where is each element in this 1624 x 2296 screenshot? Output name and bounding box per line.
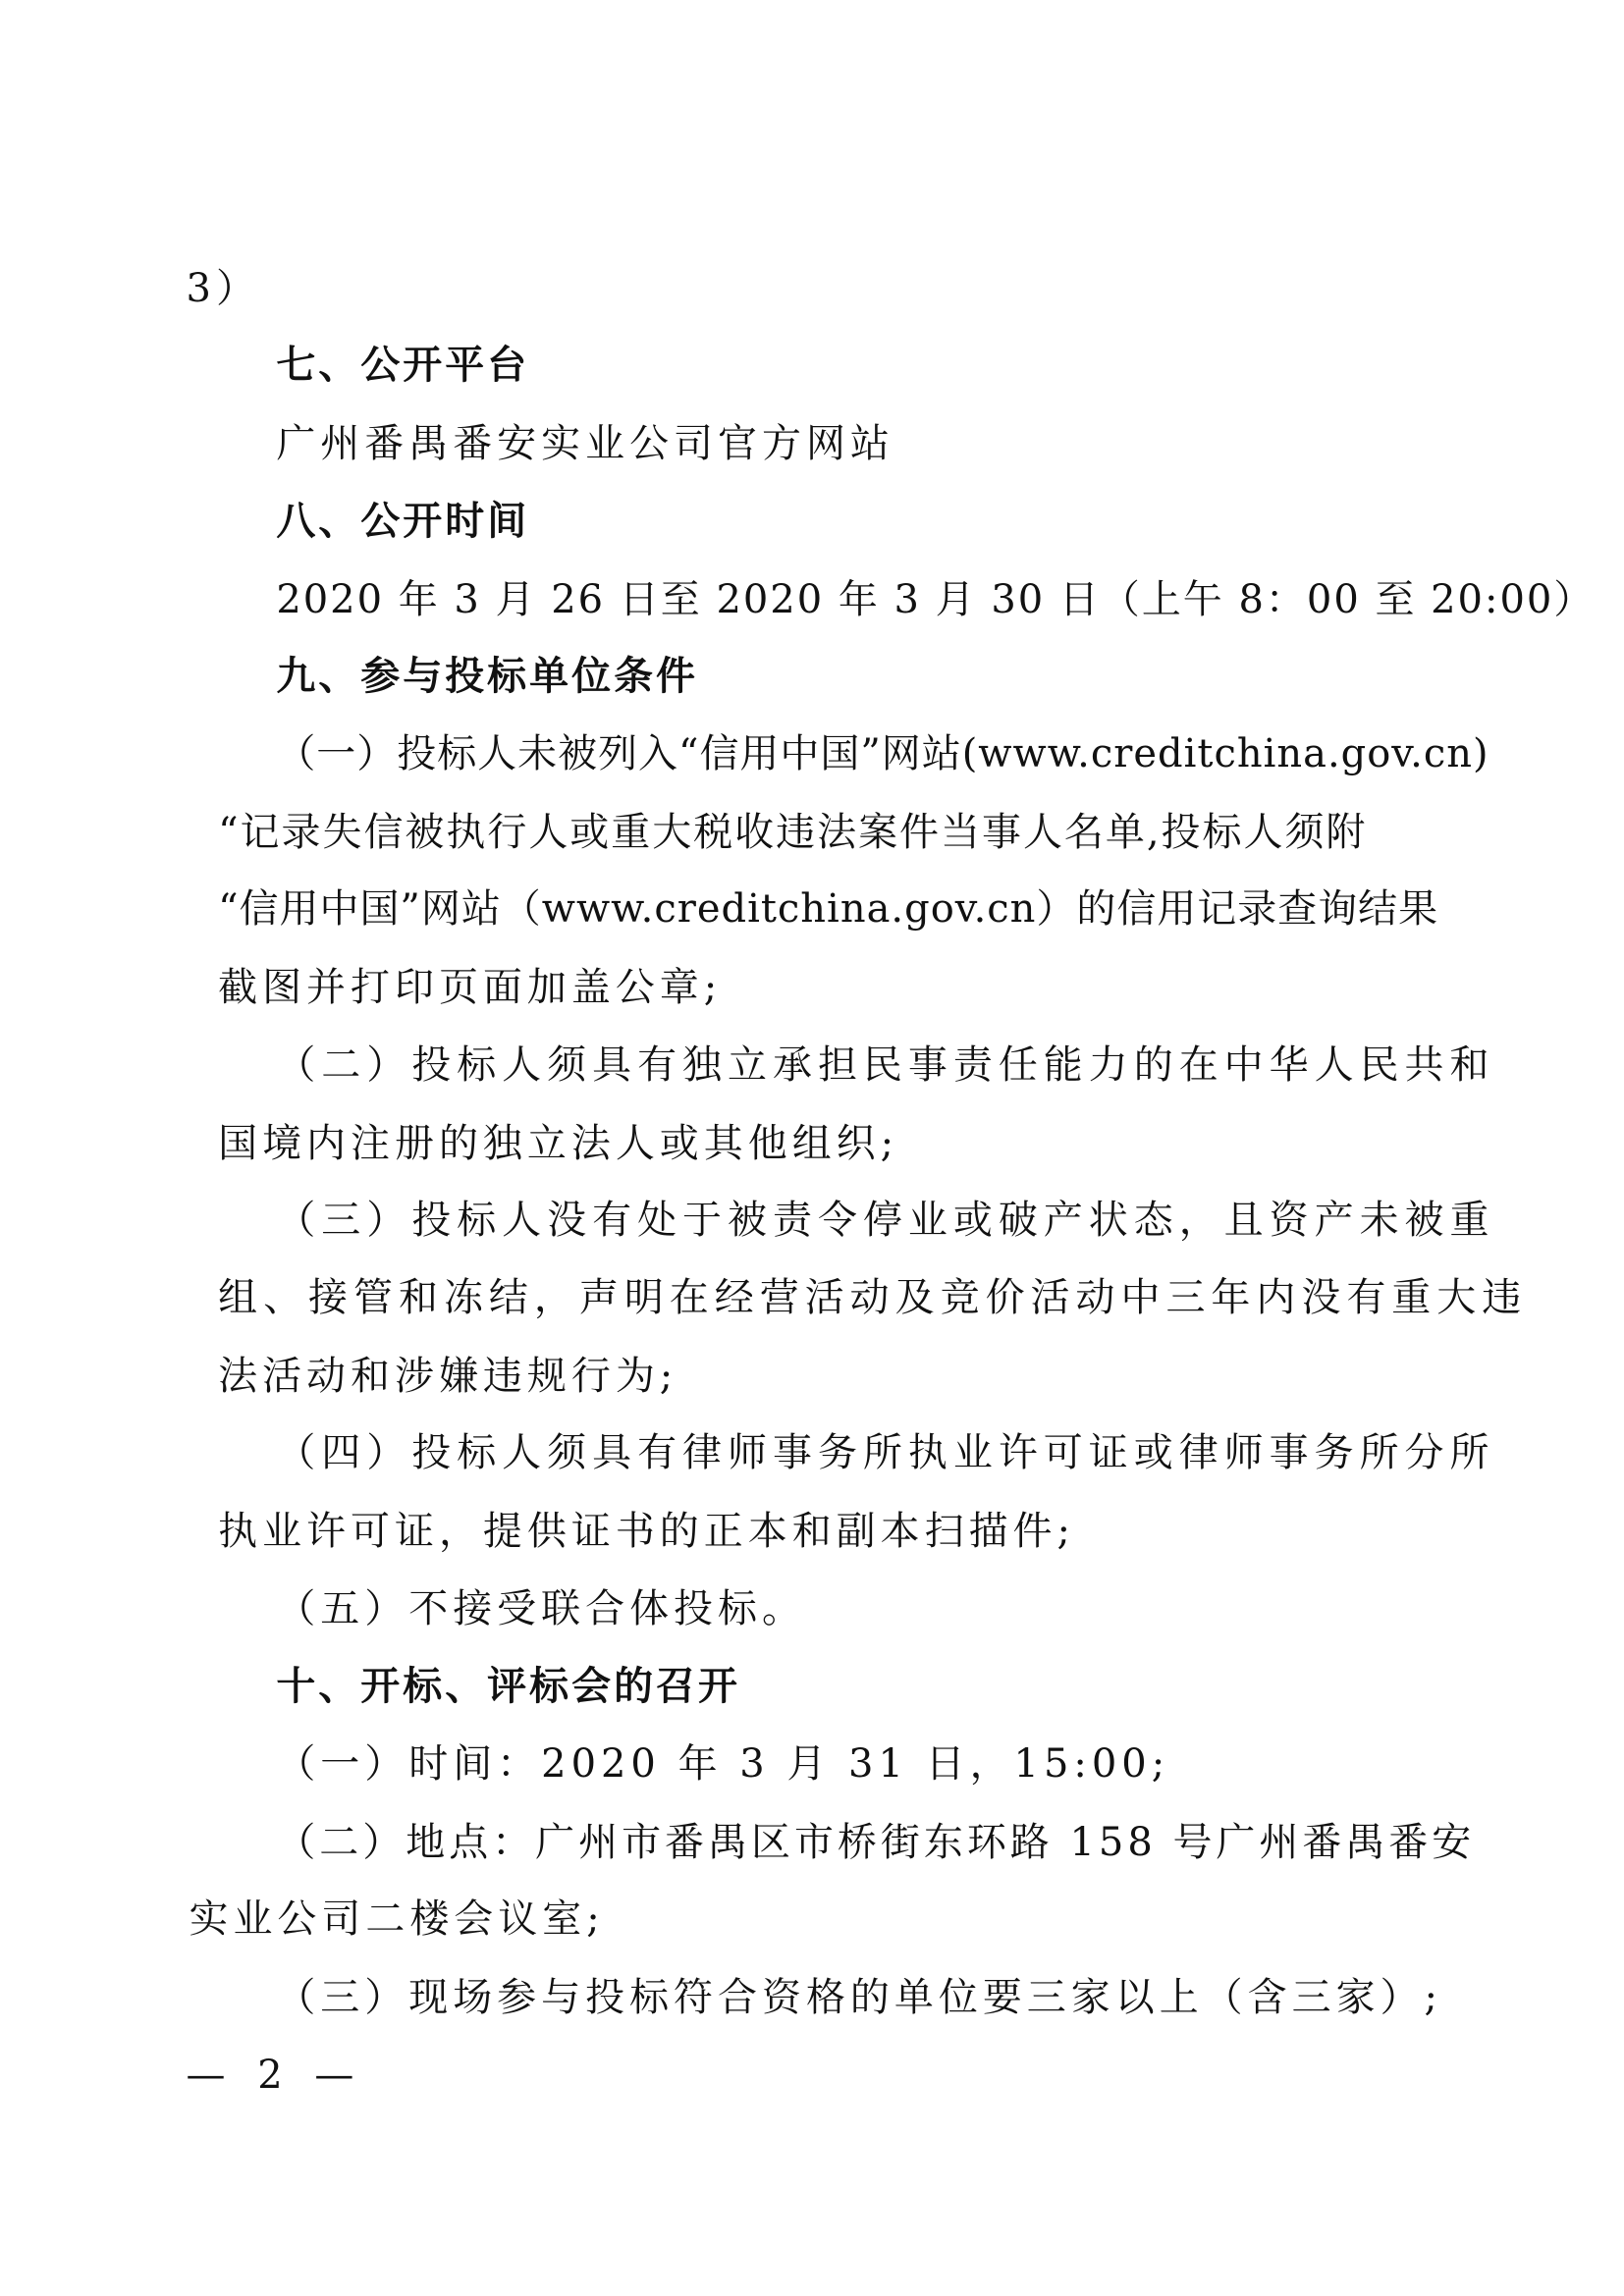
page-number: — 2 —	[187, 2053, 364, 2099]
section-10-item-3: （三）现场参与投标符合资格的单位要三家以上（含三家）;	[276, 1975, 1442, 2021]
section-9-item-2-line-1: （二）投标人须具有独立承担民事责任能力的在中华人民共和	[276, 1042, 1494, 1089]
section-heading-7: 七、公开平台	[276, 343, 529, 389]
section-8-text: 2020 年 3 月 26 日至 2020 年 3 月 30 日（上午 8：00…	[276, 577, 1595, 623]
section-9-item-4-line-2: 执业许可证，提供证书的正本和副本扫描件;	[218, 1509, 1075, 1555]
section-9-item-2-line-2: 国境内注册的独立法人或其他组织;	[218, 1121, 898, 1167]
section-9-item-5: （五）不接受联合体投标。	[276, 1586, 806, 1632]
section-9-item-1-line-1: （一）投标人未被列入“信用中国”网站(www.creditchina.gov.c…	[276, 731, 1489, 777]
section-9-item-3-line-2: 组、接管和冻结，声明在经营活动及竞价活动中三年内没有重大违	[218, 1275, 1527, 1321]
section-10-item-2-line-1: （二）地点：广州市番禺区市桥街东环路 158 号广州番禺番安	[276, 1820, 1475, 1866]
section-9-item-1-line-4: 截图并打印页面加盖公章;	[218, 965, 722, 1011]
section-10-item-1: （一）时间：2020 年 3 月 31 日，15:00;	[276, 1741, 1169, 1788]
section-7-text: 广州番禺番安实业公司官方网站	[276, 421, 894, 467]
section-heading-8: 八、公开时间	[276, 499, 529, 545]
section-heading-10: 十、开标、评标会的召开	[276, 1664, 740, 1710]
section-9-item-3-line-3: 法活动和涉嫌违规行为;	[218, 1354, 677, 1400]
section-10-item-2-line-2: 实业公司二楼会议室;	[189, 1896, 604, 1943]
section-9-item-1-line-3: “信用中国”网站（www.creditchina.gov.cn）的信用记录查询结…	[218, 886, 1438, 933]
section-9-item-4-line-1: （四）投标人须具有律师事务所执业许可证或律师事务所分所	[276, 1430, 1494, 1476]
section-9-item-1-line-2: “记录失信被执行人或重大税收违法案件当事人名单,投标人须附	[218, 810, 1367, 856]
section-heading-9: 九、参与投标单位条件	[276, 654, 698, 700]
section-9-item-3-line-1: （三）投标人没有处于被责令停业或破产状态，且资产未被重	[276, 1198, 1494, 1244]
continuation-text: 3）	[187, 266, 260, 312]
